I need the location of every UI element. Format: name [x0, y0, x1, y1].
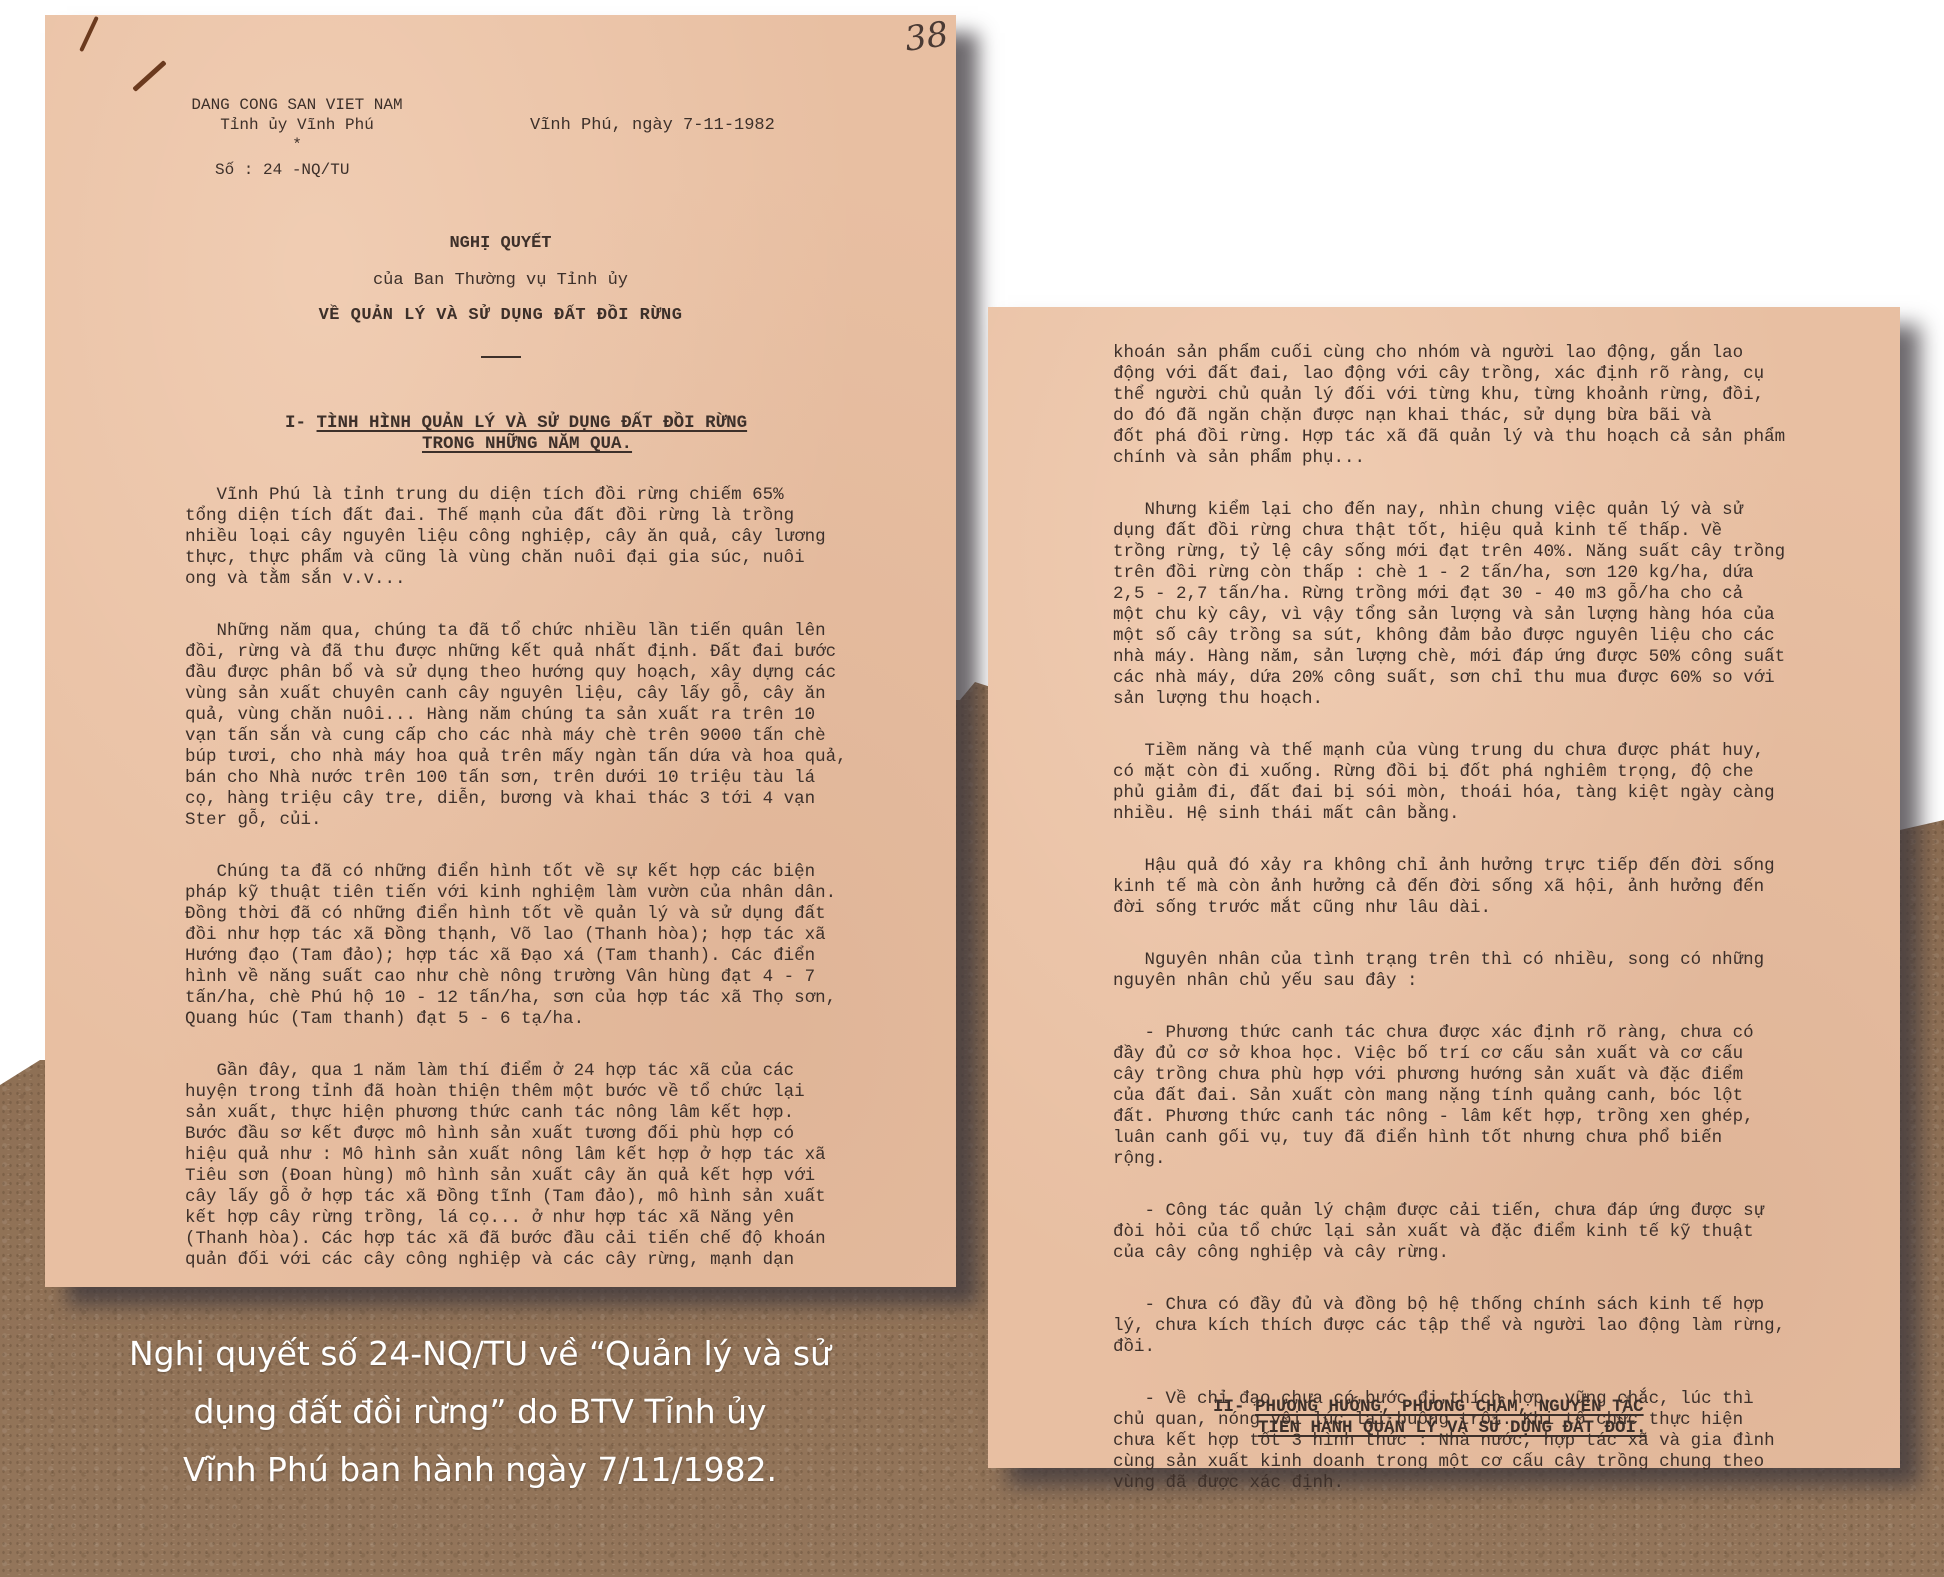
issuing-organization: DANG CONG SAN VIET NAM Tỉnh ủy Vĩnh Phú …: [167, 95, 427, 155]
text-line: Chúng ta đã có những điển hình tốt về sự…: [185, 862, 847, 883]
text-line: Quang húc (Tam thanh) đạt 5 - 6 tạ/ha.: [185, 1009, 847, 1030]
text-line: đòi hỏi của tổ chức lại sản xuất và đặc …: [1113, 1222, 1785, 1243]
text-line: đời sống trước mắt cũng như lâu dài.: [1113, 898, 1785, 919]
text-line: - Chưa có đầy đủ và đồng bộ hệ thống chí…: [1113, 1295, 1785, 1316]
section-title-line2: TRONG NHỮNG NĂM QUA.: [422, 434, 632, 454]
handwritten-page-number: 38: [904, 24, 950, 51]
caption-line: Vĩnh Phú ban hành ngày 7/11/1982.: [20, 1441, 940, 1499]
text-line: quả, vùng chăn nuôi... Hàng năm chúng ta…: [185, 705, 847, 726]
text-line: Vĩnh Phú là tỉnh trung du diện tích đồi …: [185, 485, 847, 506]
text-line: 2,5 - 2,7 tấn/ha. Rừng trồng mới đạt 30 …: [1113, 584, 1785, 605]
text-line: cây lấy gỗ ở hợp tác xã Đồng tĩnh (Tam đ…: [185, 1187, 847, 1208]
paragraph: Nhưng kiểm lại cho đến nay, nhìn chung v…: [1113, 500, 1785, 710]
text-line: Tiềm năng và thế mạnh của vùng trung du …: [1113, 741, 1785, 762]
text-line: luân canh gối vụ, tuy đã điển hình tốt n…: [1113, 1128, 1785, 1149]
text-line: ong và tằm sắn v.v...: [185, 569, 847, 590]
text-line: phủ giảm đi, đất đai bị sói mòn, thoái h…: [1113, 783, 1785, 804]
text-line: hình về năng suất cao như chè nông trườn…: [185, 967, 847, 988]
committee-name: Tỉnh ủy Vĩnh Phú: [167, 115, 427, 135]
text-line: dụng đất đồi rừng chưa thật tốt, hiệu qu…: [1113, 521, 1785, 542]
document-number: Số : 24 -NQ/TU: [215, 160, 349, 181]
text-line: vùng đã được xác định.: [1113, 1473, 1785, 1494]
paragraph: Nguyên nhân của tình trạng trên thì có n…: [1113, 950, 1785, 992]
text-line: cọ, hàng triệu cây tre, diễn, bương và k…: [185, 789, 847, 810]
text-line: nguyên nhân chủ yếu sau đây :: [1113, 971, 1785, 992]
text-line: Hậu quả đó xảy ra không chỉ ảnh hưởng tr…: [1113, 856, 1785, 877]
text-line: đầy đủ cơ sở khoa học. Việc bố trí cơ cấ…: [1113, 1044, 1785, 1065]
text-line: tổng diện tích đất đai. Thế mạnh của đất…: [185, 506, 847, 527]
text-line: vùng sản xuất chuyên canh cây nguyên liệ…: [185, 684, 847, 705]
text-line: Hướng đạo (Tam đảo); hợp tác xã Đạo xá (…: [185, 946, 847, 967]
star-icon: *: [167, 135, 427, 155]
rust-stain-icon: [132, 60, 167, 92]
section-title-line1: TÌNH HÌNH QUẢN LÝ VÀ SỬ DỤNG ĐẤT ĐỒI RỪN…: [317, 413, 748, 433]
text-line: các nhà máy, dứa 20% công suất, sơn chỉ …: [1113, 668, 1785, 689]
text-line: khoán sản phẩm cuối cùng cho nhóm và ngư…: [1113, 343, 1785, 364]
text-line: pháp kỹ thuật tiên tiến với kinh nghiệm …: [185, 883, 847, 904]
text-line: sản lượng thu hoạch.: [1113, 689, 1785, 710]
text-line: đồi, rừng và đã thu được những kết quả n…: [185, 642, 847, 663]
text-line: nhà máy. Hàng năm, sản lượng chè, mới đá…: [1113, 647, 1785, 668]
title-topic: VỀ QUẢN LÝ VÀ SỬ DỤNG ĐẤT ĐỒI RỪNG: [45, 305, 956, 326]
title-issuer: của Ban Thường vụ Tỉnh ủy: [45, 270, 956, 291]
text-line: có mặt còn đi xuống. Rừng đồi bị đốt phá…: [1113, 762, 1785, 783]
text-line: chính và sản phẩm phụ...: [1113, 448, 1785, 469]
text-line: của đất đai. Sản xuất còn mang nặng tính…: [1113, 1086, 1785, 1107]
text-line: sản xuất, thực hiện phương thức canh tác…: [185, 1103, 847, 1124]
text-line: đầu được phân bổ và sử dụng theo hướng q…: [185, 663, 847, 684]
party-name: DANG CONG SAN VIET NAM: [167, 95, 427, 115]
text-line: đồi như hợp tác xã Đồng thạnh, Võ lao (T…: [185, 925, 847, 946]
paragraph: Chúng ta đã có những điển hình tốt về sự…: [185, 862, 847, 1030]
text-line: kinh tế mà còn ảnh hưởng cả đến đời sống…: [1113, 877, 1785, 898]
text-line: cây trồng chưa phù hợp với phương hướng …: [1113, 1065, 1785, 1086]
section-number: II-: [1213, 1397, 1245, 1417]
document-body: khoán sản phẩm cuối cùng cho nhóm và ngư…: [1113, 343, 1785, 1525]
paragraph: - Phương thức canh tác chưa được xác địn…: [1113, 1023, 1785, 1170]
rust-stain-icon: [79, 16, 99, 52]
paragraph: - Công tác quản lý chậm được cải tiến, c…: [1113, 1201, 1785, 1264]
caption-line: Nghị quyết số 24-NQ/TU về “Quản lý và sử: [20, 1325, 940, 1383]
text-line: lý, chưa kích thích được các tập thể và …: [1113, 1316, 1785, 1337]
text-line: đốt phá đồi rừng. Hợp tác xã đã quản lý …: [1113, 427, 1785, 448]
paragraph: Tiềm năng và thế mạnh của vùng trung du …: [1113, 741, 1785, 825]
text-line: đất. Phương thức canh tác nông - lâm kết…: [1113, 1107, 1785, 1128]
text-line: thể người chủ quản lý đối với từng khu, …: [1113, 385, 1785, 406]
text-line: cùng sản xuất kinh doanh trong một cơ cấ…: [1113, 1452, 1785, 1473]
text-line: rộng.: [1113, 1149, 1785, 1170]
image-caption: Nghị quyết số 24-NQ/TU về “Quản lý và sử…: [20, 1325, 940, 1499]
text-line: Những năm qua, chúng ta đã tổ chức nhiều…: [185, 621, 847, 642]
text-line: Nhưng kiểm lại cho đến nay, nhìn chung v…: [1113, 500, 1785, 521]
text-line: của cây công nghiệp và cây rừng.: [1113, 1243, 1785, 1264]
text-line: (Thanh hòa). Các hợp tác xã đã bước đầu …: [185, 1229, 847, 1250]
text-line: Tiêu sơn (Đoan hùng) mô hình sản xuất câ…: [185, 1166, 847, 1187]
text-line: huyện trong tỉnh đã hoàn thiện thêm một …: [185, 1082, 847, 1103]
text-line: - Phương thức canh tác chưa được xác địn…: [1113, 1023, 1785, 1044]
text-line: quản đối với các cây công nghiệp và các …: [185, 1250, 847, 1271]
document-page-2: khoán sản phẩm cuối cùng cho nhóm và ngư…: [988, 307, 1900, 1468]
section-number: I-: [285, 413, 306, 433]
text-line: Bước đầu sơ kết được mô hình sản xuất tư…: [185, 1124, 847, 1145]
resolution-title: NGHỊ QUYẾT của Ban Thường vụ Tỉnh ủy VỀ …: [45, 233, 956, 358]
text-line: hiệu quả như : Mô hình sản xuất nông lâm…: [185, 1145, 847, 1166]
text-line: thực, thực phẩm và cũng là vùng chăn nuô…: [185, 548, 847, 569]
text-line: bán cho Nhà nước trên 100 tấn sơn, trên …: [185, 768, 847, 789]
text-line: trồng rừng, tỷ lệ cây sống mới đạt trên …: [1113, 542, 1785, 563]
document-page-1: 38 DANG CONG SAN VIET NAM Tỉnh ủy Vĩnh P…: [45, 15, 956, 1287]
text-line: kết hợp cây rừng trồng, lá cọ... ở như h…: [185, 1208, 847, 1229]
text-line: Đồng thời đã có những điển hình tốt về q…: [185, 904, 847, 925]
paragraph: Những năm qua, chúng ta đã tổ chức nhiều…: [185, 621, 847, 831]
section-title-line1: PHƯƠNG HƯỚNG, PHƯƠNG CHÂM, NGUYÊN TẮC: [1255, 1397, 1644, 1417]
title-main: NGHỊ QUYẾT: [45, 233, 956, 254]
text-line: động với đất đai, lao động với cây trồng…: [1113, 364, 1785, 385]
text-line: búp tươi, cho nhà máy hoa quả trên mấy n…: [185, 747, 847, 768]
text-line: Nguyên nhân của tình trạng trên thì có n…: [1113, 950, 1785, 971]
section-2-heading: II- PHƯƠNG HƯỚNG, PHƯƠNG CHÂM, NGUYÊN TẮ…: [1213, 1397, 1647, 1439]
text-line: tấn/ha, chè Phú hộ 10 - 12 tấn/ha, sơn c…: [185, 988, 847, 1009]
caption-line: dụng đất đồi rừng” do BTV Tỉnh ủy: [20, 1383, 940, 1441]
text-line: đồi.: [1113, 1337, 1785, 1358]
text-line: một chu kỳ cây, vì vậy tổng sản lượng và…: [1113, 605, 1785, 626]
text-line: nhiều loại cây nguyên liệu công nghiệp, …: [185, 527, 847, 548]
text-line: Gần đây, qua 1 năm làm thí điểm ở 24 hợp…: [185, 1061, 847, 1082]
section-title-line2: TIẾN HÀNH QUẢN LÝ VÀ SỬ DỤNG ĐẤT ĐỒI.: [1258, 1418, 1647, 1438]
text-line: Ster gỗ, củi.: [185, 810, 847, 831]
document-body: Vĩnh Phú là tỉnh trung du diện tích đồi …: [185, 485, 847, 1302]
title-divider: [481, 356, 521, 358]
text-line: do đó đã ngăn chặn được nạn khai thác, s…: [1113, 406, 1785, 427]
paragraph: khoán sản phẩm cuối cùng cho nhóm và ngư…: [1113, 343, 1785, 469]
paragraph: Hậu quả đó xảy ra không chỉ ảnh hưởng tr…: [1113, 856, 1785, 919]
paragraph: Gần đây, qua 1 năm làm thí điểm ở 24 hợp…: [185, 1061, 847, 1271]
paragraph: - Chưa có đầy đủ và đồng bộ hệ thống chí…: [1113, 1295, 1785, 1358]
text-line: - Công tác quản lý chậm được cải tiến, c…: [1113, 1201, 1785, 1222]
section-1-heading: I- TÌNH HÌNH QUẢN LÝ VÀ SỬ DỤNG ĐẤT ĐỒI …: [285, 413, 747, 455]
text-line: vạn tấn sắn và cung cấp cho các nhà máy …: [185, 726, 847, 747]
text-line: một số cây trồng sa sút, không đảm bảo đ…: [1113, 626, 1785, 647]
place-and-date: Vĩnh Phú, ngày 7-11-1982: [530, 115, 775, 136]
text-line: trên đồi rừng còn thấp : chè 1 - 2 tấn/h…: [1113, 563, 1785, 584]
paragraph: Vĩnh Phú là tỉnh trung du diện tích đồi …: [185, 485, 847, 590]
text-line: nhiều. Hệ sinh thái mất cân bằng.: [1113, 804, 1785, 825]
